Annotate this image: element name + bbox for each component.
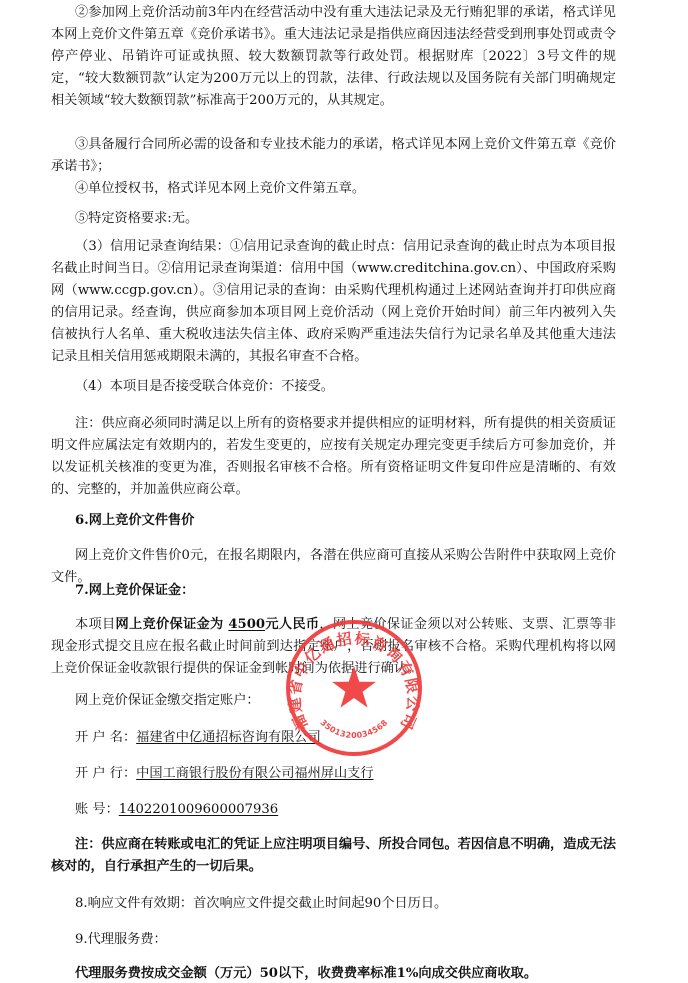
deposit-label: 网上竞价保证金为 [116,617,229,632]
section-9-body: 代理服务费按成交金额（万元）50以下，收费费率标准1%向成交供应商收取。 [51,963,616,983]
account-number-label: 账 号： [75,802,119,817]
qualification-item-5: ⑤特定资格要求:无。 [51,208,616,230]
account-name-row: 开 户 名：福建省中亿通招标咨询有限公司 [51,727,616,749]
bank-label: 开 户 行： [75,766,136,781]
qualification-item-4: ④单位授权书，格式详见本网上竞价文件第五章。 [51,178,616,200]
bank-value: 中国工商银行股份有限公司福州屏山支行 [136,766,373,781]
deposit-paragraph: 本项目网上竞价保证金为 4500元人民币，网上竞价保证金须以对公转账、支票、汇票… [51,614,616,680]
section-7-heading: 7.网上竞价保证金： [51,580,616,602]
account-intro: 网上竞价保证金缴交指定账户： [51,690,616,712]
deposit-amount: 4500 [228,617,265,632]
account-name-label: 开 户 名： [75,730,136,745]
qualification-note: 注：供应商必须同时满足以上所有的资格要求并提供相应的证明材料，所有提供的相关资质… [51,413,616,501]
section-8-validity: 8.响应文件有效期：首次响应文件提交截止时间起90个日历日。 [51,893,616,915]
credit-record-paragraph: （3）信用记录查询结果：①信用记录查询的截止时点：信用记录查询的截止时点为本项目… [51,236,616,368]
section-9-heading: 9.代理服务费： [51,929,616,951]
deposit-prefix: 本项目 [75,617,116,632]
account-number-row: 账 号：1402201009600007936 [51,799,616,821]
qualification-item-3: ③具备履行合同所必需的设备和专业技术能力的承诺，格式详见本网上竞价文件第五章《竞… [51,134,616,178]
qualification-item-2: ②参加网上竞价活动前3年内在经营活动中没有重大违法记录及无行贿犯罪的承诺，格式详… [51,2,616,112]
document-page: ②参加网上竞价活动前3年内在经营活动中没有重大违法记录及无行贿犯罪的承诺，格式详… [0,0,688,983]
account-name-value: 福建省中亿通招标咨询有限公司 [136,730,321,745]
consortium-paragraph: （4）本项目是否接受联合体竞价：不接受。 [51,376,616,398]
section-6-heading: 6.网上竞价文件售价 [51,510,616,532]
deposit-currency: 元人民币 [265,617,319,632]
bank-row: 开 户 行：中国工商银行股份有限公司福州屏山支行 [51,763,616,785]
account-number-value: 1402201009600007936 [119,802,278,817]
transfer-note: 注：供应商在转账或电汇的凭证上应注明项目编号、所投合同包。若因信息不明确，造成无… [51,834,616,878]
